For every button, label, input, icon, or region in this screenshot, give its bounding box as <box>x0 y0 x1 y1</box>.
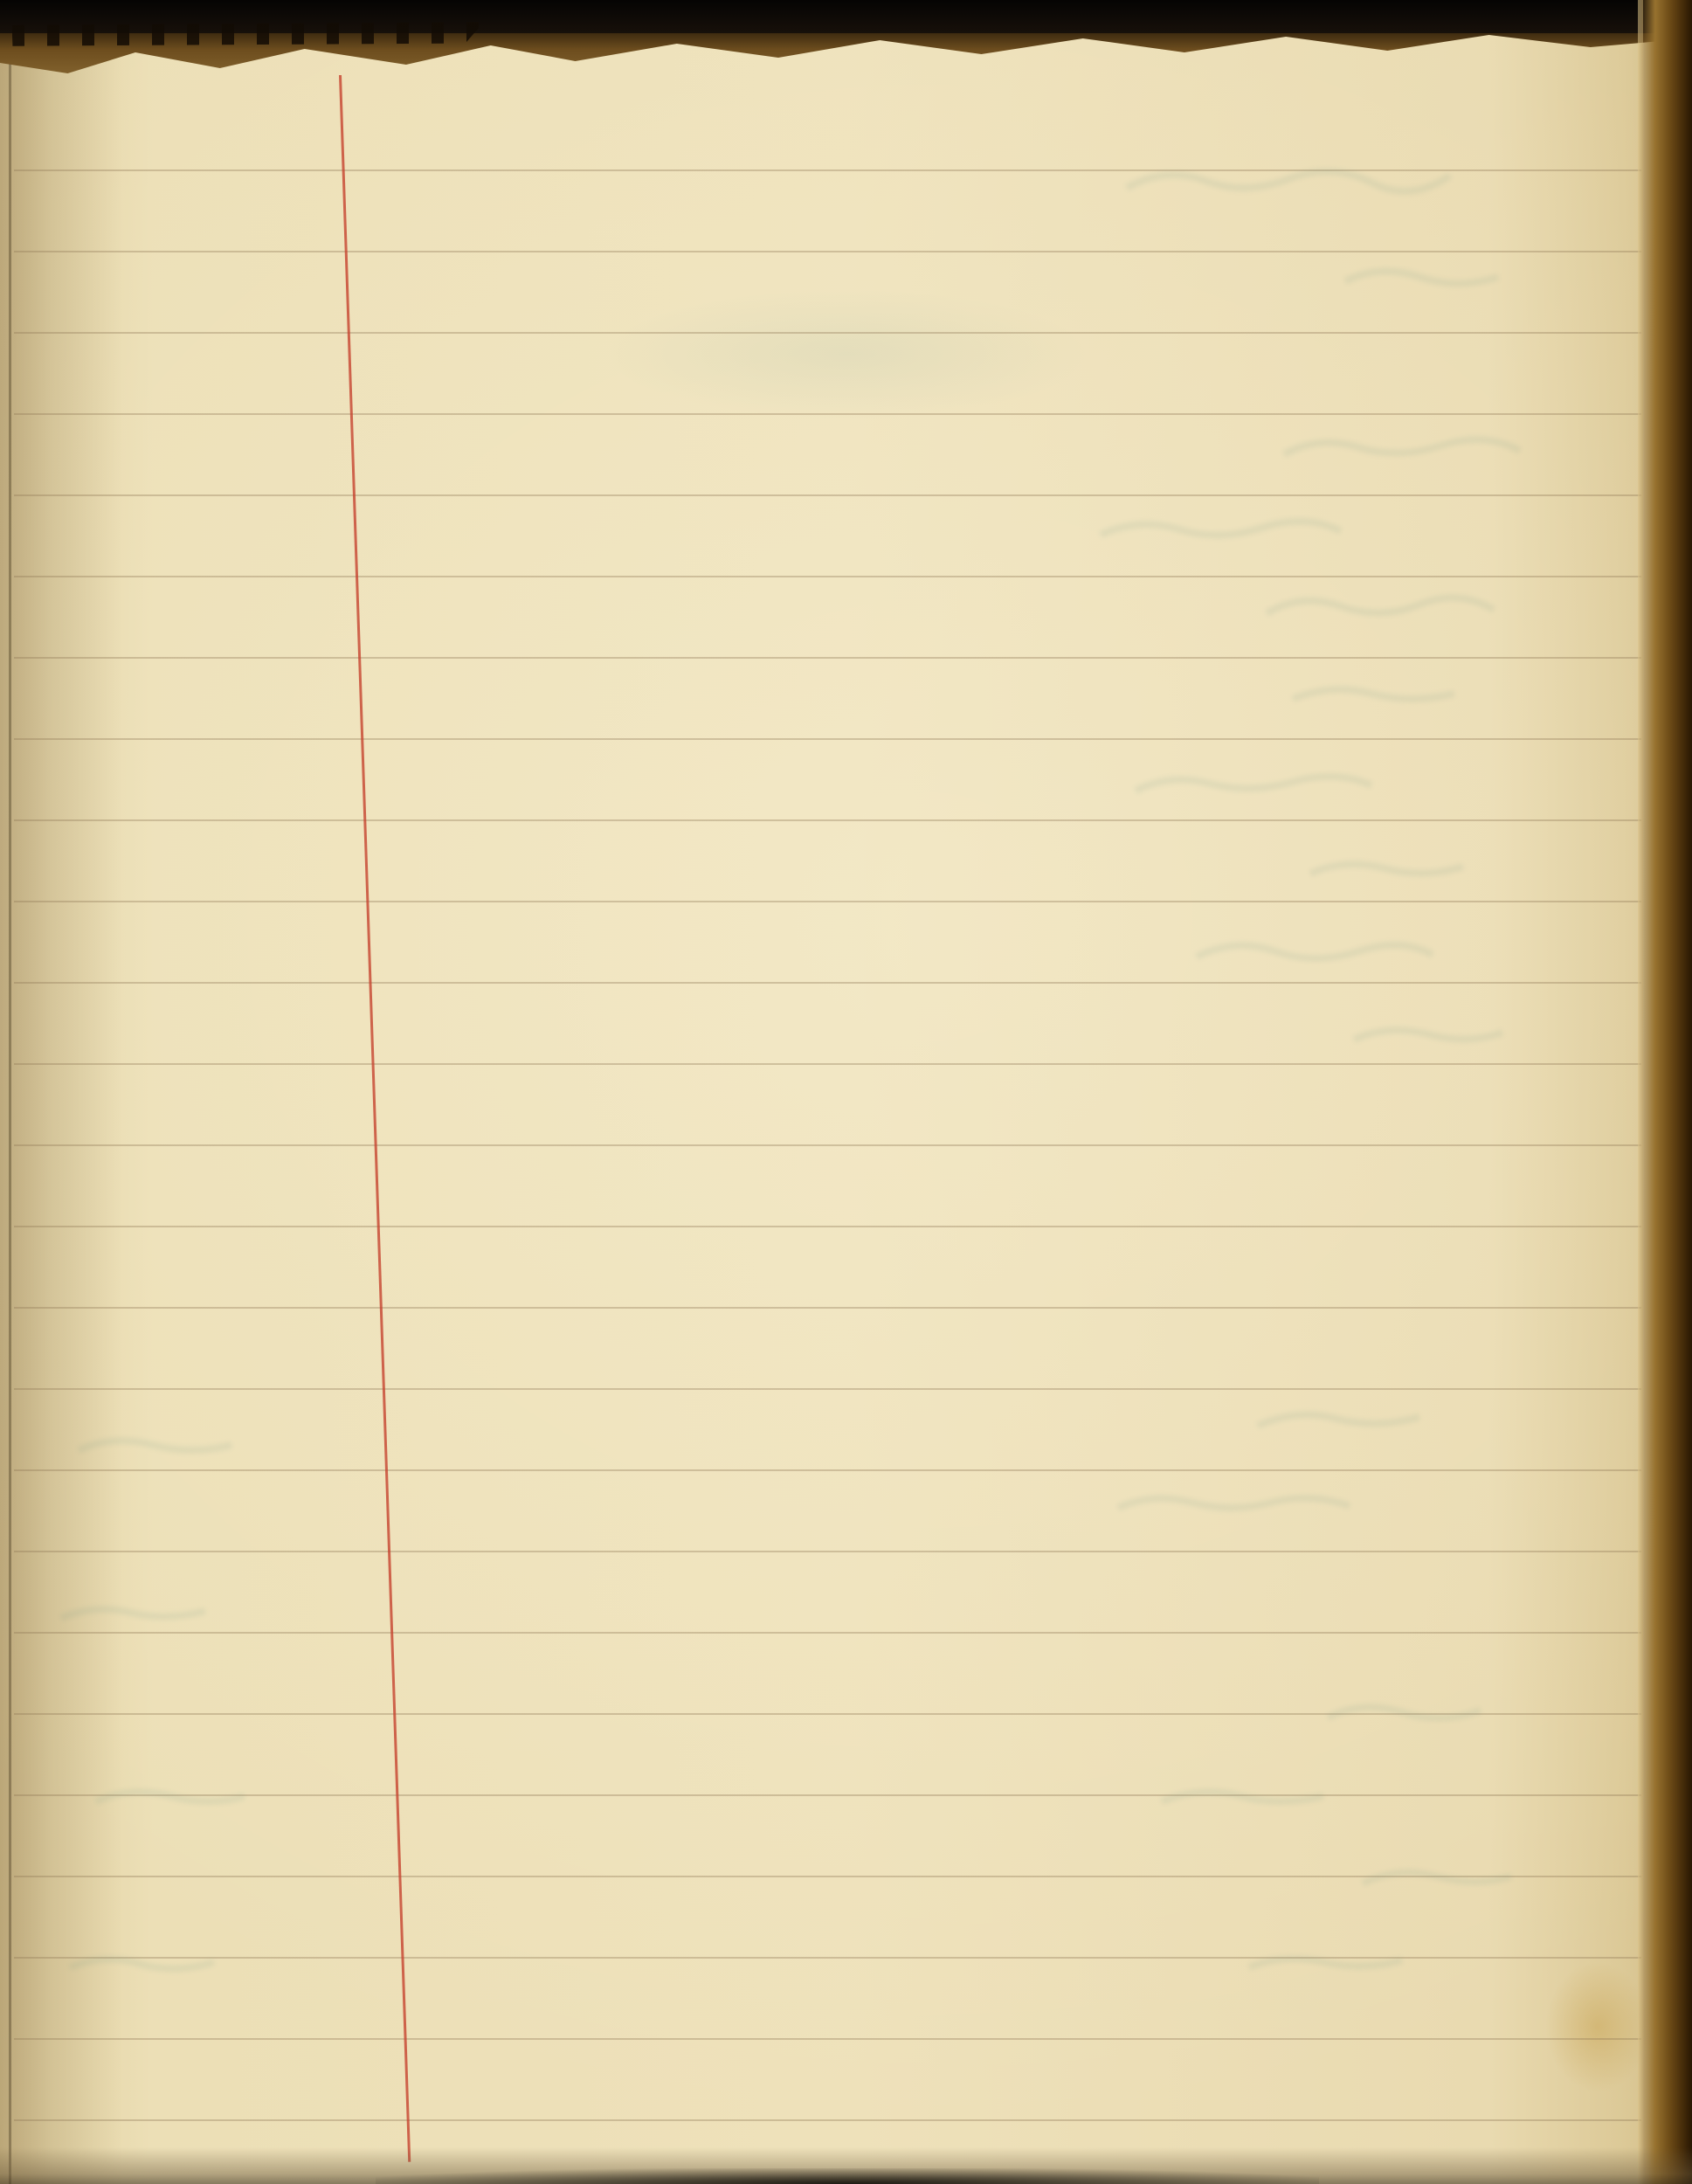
manuscript-text-block <box>0 0 1692 2184</box>
book-cover-right-edge <box>1638 0 1692 2184</box>
scanned-notebook-page <box>0 0 1692 2184</box>
bottom-scan-shadow <box>376 2168 1319 2184</box>
